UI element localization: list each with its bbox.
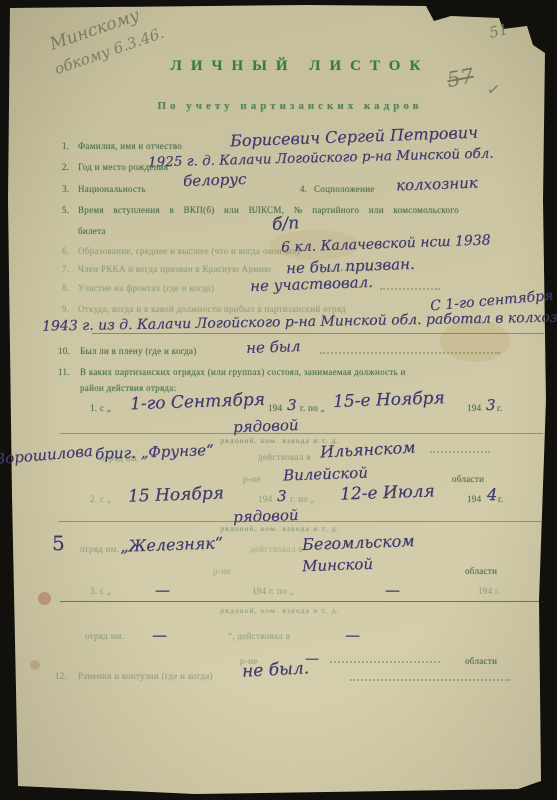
field-11-number: 11. [58, 367, 70, 377]
entry1-prefix: 1. с „ [90, 403, 111, 413]
field-12-label: Ранения и контузии (где и когда) [78, 671, 213, 681]
dotted-leader [380, 287, 440, 290]
field-5-number: 5. [62, 205, 69, 215]
field-5-label-line1: Время вступления в ВКП(б) или ВЛКСМ, № п… [78, 205, 459, 215]
entry2-g: г. [498, 494, 504, 504]
entry1-oblast-label: области [452, 474, 484, 484]
underline [92, 333, 544, 334]
entry4-oblast-label: области [465, 656, 497, 666]
scanned-document: Минскому обкому 6.3.46. 51 57 ✓ ЛИЧНЫЙ Л… [0, 0, 557, 800]
field-8-label: Участие на фронтах (где и когда) [78, 283, 214, 293]
entry3-yg: 194 г. [478, 586, 500, 596]
field-6-number: 6. [62, 246, 69, 256]
entry2-to: 12-е Июля [340, 481, 435, 504]
field-4-label: Соцположение [314, 184, 375, 194]
entry1-po: г. по „ [300, 403, 325, 413]
entry2-prefix: 2. с „ [90, 494, 111, 504]
entry2-year2-printed: 194 [467, 494, 481, 504]
entry4-acted-label: “, действовал в [228, 631, 290, 641]
field-12-value: не был. [242, 658, 310, 681]
dotted-leader [330, 660, 440, 663]
entry2-year1-digit: 3 [277, 487, 287, 505]
field-3-value: белорус [183, 170, 247, 190]
field-9-label: Откуда, когда и в какой должности прибыл… [78, 304, 346, 314]
field-12-number: 12. [55, 671, 67, 681]
field-3-label: Национальность [78, 184, 146, 194]
dotted-leader [430, 450, 490, 453]
field-11-label-line1: В каких партизанских отрядах (или группа… [80, 367, 406, 377]
field-7-label: Член РККА и когда призван в Красную Арми… [78, 264, 271, 274]
field-11-label-line2: район действия отряда: [80, 383, 176, 393]
entry2-rne-label: р-не [213, 566, 231, 576]
field-7-number: 7. [62, 264, 69, 274]
entry3-to-dash: — [385, 581, 400, 599]
rule [60, 433, 543, 434]
field-4-value: колхозник [396, 174, 478, 195]
entry4-district-dash: — [345, 626, 360, 644]
rule [60, 601, 545, 602]
field-5-value: б/п [271, 213, 299, 235]
form-subtitle: По учету партизанских кадров [110, 100, 470, 112]
entry1-year1-printed: 194 [268, 403, 282, 413]
field-1-number: 1. [62, 141, 69, 151]
entry3-prefix: 3. с „ [90, 586, 111, 596]
field-4-number: 4. [300, 184, 307, 194]
field-8-number: 8. [62, 283, 69, 293]
field-10-value: не был [246, 337, 301, 357]
entry3-caption: рядовой, ком. взвода и т. д. [150, 606, 410, 615]
field-1-label: Фамилия, имя и отчество [78, 141, 182, 151]
pencil-check-mark: ✓ [486, 79, 502, 100]
entry1-year2-digit: 3 [486, 396, 496, 414]
field-3-number: 3. [62, 184, 69, 194]
entry1-to: 15-е Ноября [333, 388, 445, 412]
entry2-year1-printed: 194 [258, 494, 272, 504]
entry2-acted-label: действовал в [250, 544, 303, 554]
entry3-from-dash: — [155, 581, 170, 599]
form-title: ЛИЧНЫЙ ЛИСТОК [150, 58, 450, 75]
entry2-unit: „Железняк“ [120, 533, 224, 556]
entry2-district: Бегомльском [302, 531, 415, 554]
entry2-margin-note: 5 [52, 531, 65, 555]
entry2-from: 15 Ноября [128, 483, 225, 506]
entry2-otryad-label: отряд им. [80, 544, 119, 554]
entry2-region: Минской [302, 555, 374, 575]
field-10-label: Был ли в плену (где и когда) [80, 346, 197, 356]
entry2-oblast-label: области [465, 566, 497, 576]
field-9-number: 9. [62, 304, 69, 314]
dotted-leader [330, 268, 370, 271]
entry4-unit-dash: — [152, 626, 167, 644]
dotted-leader [350, 678, 510, 681]
entry1-year2-printed: 194 [467, 403, 481, 413]
entry1-year1-digit: 3 [287, 396, 297, 414]
entry4-otryad-label: отряд им. [85, 631, 124, 641]
entry2-year2-digit: 4 [487, 485, 497, 504]
entry1-rne-label: р-не [243, 474, 261, 484]
entry1-g: г. [497, 403, 503, 413]
field-6-label: Образование, среднее и высшее (что и ког… [78, 246, 300, 256]
entry1-acted-label: действовал в [258, 452, 311, 462]
rule [58, 521, 543, 522]
field-5-label-line2: билета [78, 226, 106, 236]
entry2-po: г. по „ [290, 494, 315, 504]
field-10-number: 10. [58, 346, 70, 356]
entry3-ypo: 194 г. по „ [252, 586, 294, 596]
field-2-number: 2. [62, 162, 69, 172]
dotted-leader [320, 351, 500, 354]
entry1-region: Вилейской [283, 464, 368, 485]
